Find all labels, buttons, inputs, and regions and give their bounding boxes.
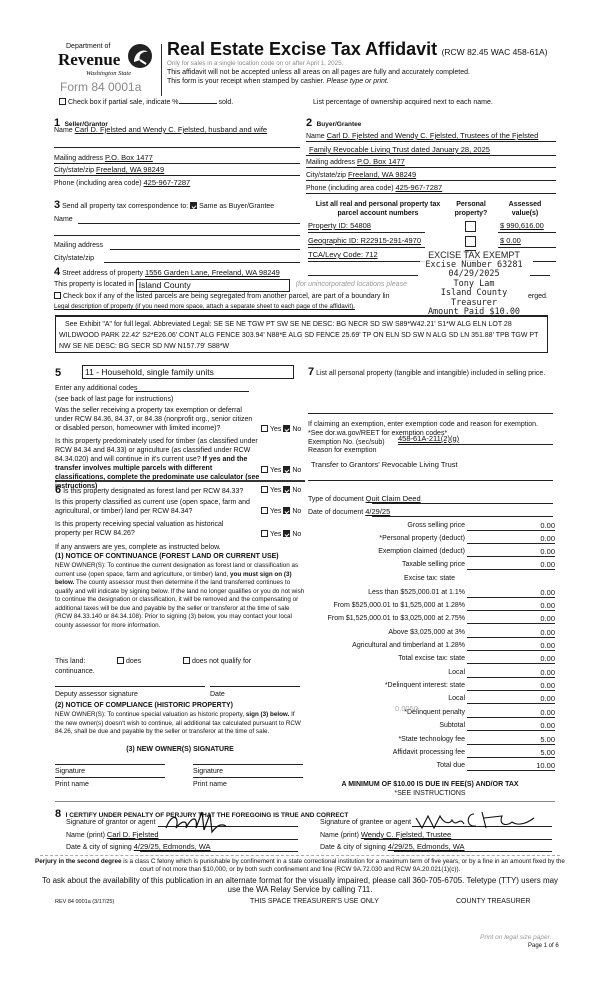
fee-value[interactable]: 5.00: [540, 735, 555, 744]
fee-label: Local: [448, 669, 465, 676]
parcel-account[interactable]: TCA/Levy Code: 712: [308, 250, 378, 259]
no-label: No: [292, 487, 301, 494]
fee-value[interactable]: 0.00: [540, 708, 555, 717]
local-rate: 0.0050: [395, 704, 418, 713]
q1-answer[interactable]: Yes No: [261, 425, 301, 434]
print-note: Print on legal size paper.: [480, 934, 551, 941]
ownership-note: List percentage of ownership acquired ne…: [313, 98, 493, 107]
assessor-date-label: Date: [210, 690, 225, 699]
buyer-phone-label: Phone (including area code): [306, 185, 394, 192]
no-label: No: [292, 467, 301, 474]
fee-value[interactable]: 0.00: [540, 681, 555, 690]
does-option[interactable]: does: [117, 657, 141, 666]
fee-line: [467, 637, 555, 638]
personal-property-label: List all personal property (tangible and…: [316, 370, 545, 377]
no-checkbox[interactable]: [283, 425, 290, 432]
section-number: 8: [55, 808, 61, 820]
fee-row: Gross selling price0.00: [305, 520, 555, 532]
alt-format-notice: To ask about the availability of this pu…: [40, 876, 560, 894]
legal-description: See Exhibit "A" for full legal. Abbrevia…: [59, 319, 544, 352]
header-divider: [161, 44, 162, 96]
segregated-checkbox[interactable]: [54, 292, 61, 299]
seller-name-field[interactable]: Name Carl D. Fjelsted and Wendy C. Fjels…: [54, 125, 300, 135]
yes-label: Yes: [270, 487, 281, 494]
buyer-address-value: P.O. Box 1477: [357, 157, 405, 166]
fee-value[interactable]: 0.00: [540, 641, 555, 650]
fee-row: Local0.00: [305, 693, 555, 705]
fee-row: *Delinquent penalty0.00: [305, 707, 555, 719]
question-text: Is this property designated as forest la…: [63, 488, 243, 495]
dept-line2: Revenue: [58, 50, 120, 70]
does-checkbox[interactable]: [117, 657, 124, 664]
fee-row: Excise tax: state: [305, 573, 555, 585]
forest-q1-answer[interactable]: Yes No: [261, 486, 301, 495]
fee-line: [467, 757, 555, 758]
fee-line: [467, 703, 555, 704]
seller-address-label: Mailing address: [54, 155, 103, 162]
assessed-value[interactable]: $ 990,616.00: [500, 221, 544, 230]
fee-line: [467, 569, 555, 570]
section-number: 6: [55, 484, 61, 496]
section-number: 7: [308, 366, 314, 378]
legal-label: Legal description of property (if you ne…: [54, 303, 355, 311]
seller-phone-label: Phone (including area code): [54, 180, 142, 187]
additional-codes-note: (see back of last page for instructions): [55, 395, 173, 404]
fee-line: [467, 717, 555, 718]
no-label: No: [292, 531, 301, 538]
seller-name-label: Name: [54, 127, 73, 134]
fee-line: [467, 543, 555, 544]
forest-q1: 6 Is this property designated as forest …: [55, 486, 255, 496]
fee-line: [467, 663, 555, 664]
reason-label: Reason for exemption: [308, 446, 376, 455]
fee-row: Subtotal0.00: [305, 720, 555, 732]
fee-label: From $525,000.01 to $1,525,000 at 1.28%: [333, 602, 465, 609]
section-number: 2: [306, 117, 312, 129]
seller-address-field[interactable]: Mailing address P.O. Box 1477: [54, 153, 300, 163]
parcel-account[interactable]: Geographic ID: R22915-291-4970: [308, 236, 421, 245]
fee-row: Total excise tax: state0.00: [305, 653, 555, 665]
seller-name-value: Carl D. Fjelsted and Wendy C. Fjelsted, …: [75, 125, 267, 134]
county-select[interactable]: Island County: [136, 279, 290, 292]
fee-line: [467, 556, 555, 557]
buyer-city-value: Freeland, WA 98249: [348, 170, 416, 179]
yes-checkbox[interactable]: [261, 530, 268, 537]
notice2-italic: Please type or print.: [327, 78, 389, 85]
fee-row: Affidavit processing fee5.00: [305, 747, 555, 759]
grantor-name-value: Carl D. Fjelsted: [107, 830, 159, 839]
seller-city-field[interactable]: City/state/zip Freeland, WA 98249: [54, 165, 300, 175]
section-number: 4: [54, 266, 60, 278]
buyer-section: 2 Buyer/Grantee: [306, 113, 361, 131]
personal-property-checkbox[interactable]: [465, 236, 476, 247]
fee-line: [467, 730, 555, 731]
fee-label: Affidavit processing fee: [393, 749, 465, 756]
fee-line: [467, 770, 555, 771]
grantee-date-value: 4/29/25, Edmonds, WA: [388, 842, 465, 851]
segregated-suffix: erged.: [528, 292, 548, 301]
street-value: 1556 Garden Lane, Freeland, WA 98249: [145, 268, 280, 277]
fee-row: Total due10.00: [305, 760, 555, 772]
buyer-city-label: City/state/zip: [306, 172, 346, 179]
located-in-row: This property is located in Island Count…: [54, 279, 407, 292]
legal-description-box[interactable]: See Exhibit "A" for full legal. Abbrevia…: [55, 315, 548, 353]
additional-codes-label: Enter any additional codes: [55, 385, 138, 392]
buyer-heading: Buyer/Grantee: [317, 121, 362, 128]
buyer-city-field[interactable]: City/state/zip Freeland, WA 98249: [306, 170, 556, 180]
fee-row: Agricultural and timberland at 1.28%0.00: [305, 640, 555, 652]
forest-q3: Is this property receiving special valua…: [55, 520, 230, 538]
dept-line1: Department of: [66, 43, 110, 50]
street-address-field[interactable]: 4 Street address of property 1556 Garden…: [54, 268, 300, 278]
fee-value[interactable]: 0.00: [540, 654, 555, 663]
assessor-signature-label: Deputy assessor signature: [55, 690, 138, 699]
fee-label: *State technology fee: [398, 736, 465, 743]
fee-value[interactable]: 0.00: [540, 534, 555, 543]
grantee-name-value: Wendy C. Fjelsted, Trustee: [361, 830, 451, 839]
q2-answer[interactable]: Yes No: [261, 466, 301, 475]
title-text: Real Estate Excise Tax Affidavit: [167, 39, 437, 59]
fee-label: Gross selling price: [407, 522, 465, 529]
corr-address-field[interactable]: Mailing address: [54, 241, 103, 250]
this-land-label: This land:: [55, 658, 85, 665]
owner-print-name-label: Print name: [193, 780, 227, 789]
seller-phone-value: 425-967-7287: [144, 178, 191, 187]
notice1-title: (1) NOTICE OF CONTINUANCE (FOREST LAND O…: [55, 553, 279, 560]
exemption-no-value[interactable]: 458-61A-211(2)(g): [398, 434, 459, 443]
notice-text: The county assessor must then determine …: [55, 579, 304, 629]
fee-label: Taxable selling price: [402, 561, 465, 568]
fee-row: Local0.00: [305, 667, 555, 679]
fee-line: [467, 690, 555, 691]
located-label: This property is located in: [54, 281, 134, 288]
no-checkbox[interactable]: [283, 530, 290, 537]
fee-label: *Delinquent interest: state: [385, 682, 465, 689]
additional-codes-row[interactable]: Enter any additional codes: [55, 384, 138, 393]
form-number: Form 84 0001a: [60, 80, 141, 94]
fee-line: [467, 623, 555, 624]
yes-label: Yes: [270, 467, 281, 474]
see-instructions: *SEE INSTRUCTIONS: [305, 790, 555, 797]
grantee-name-label: Name (print): [320, 832, 359, 839]
no-label: No: [292, 508, 301, 515]
stamp-line: Island County Treasurer: [420, 289, 528, 308]
forest-instructions: If any answers are yes, complete as inst…: [55, 543, 221, 552]
doc-type-label: Type of document: [308, 496, 364, 503]
fee-row: Above $3,025,000 at 3%0.00: [305, 627, 555, 639]
fee-line: [467, 597, 555, 598]
forest-q2: Is this property classified as current u…: [55, 498, 255, 516]
fee-label: Total excise tax: state: [398, 655, 465, 662]
fee-row: Exemption claimed (deduct)0.00: [305, 546, 555, 558]
buyer-name-line1: Carl D. Fjelsted and Wendy C. Fjelsted, …: [327, 131, 539, 140]
fee-label: Subtotal: [439, 722, 465, 729]
question-text: Was the seller receiving a property tax …: [55, 407, 252, 432]
fee-row: Less than $525,000.01 at 1.1%0.00: [305, 587, 555, 599]
partial-percent-field[interactable]: [179, 103, 217, 104]
parcel-col-header-personal: Personal property?: [451, 200, 491, 218]
perjury-bold: Perjury in the second degree: [35, 858, 121, 865]
owner-signature-label: Signature: [193, 767, 223, 776]
seller-phone-field[interactable]: Phone (including area code) 425-967-7287: [54, 178, 300, 188]
owner-print-name-label: Print name: [55, 780, 89, 789]
correspondence-section: 3 Send all property tax correspondence t…: [54, 201, 304, 211]
fee-value[interactable]: 0.00: [540, 588, 555, 597]
buyer-name-label: Name: [306, 133, 325, 140]
does-label: does: [126, 658, 141, 665]
fee-row: *Delinquent interest: state0.00: [305, 680, 555, 692]
fee-value[interactable]: 0.00: [540, 694, 555, 703]
header-notice2: This form is your receipt when stamped b…: [167, 78, 389, 85]
yes-label: Yes: [270, 508, 281, 515]
reason-value[interactable]: Transfer to Grantors' Revocable Living T…: [311, 460, 458, 469]
fee-value[interactable]: 0.00: [540, 560, 555, 569]
owner-signature-label: Signature: [55, 767, 85, 776]
fee-value[interactable]: 0.00: [540, 521, 555, 530]
treasurer-stamp: EXCISE TAX EXEMPT Excise Number 63281 04…: [420, 251, 528, 318]
does-not-option[interactable]: does not qualify for: [183, 657, 251, 666]
fee-label: Exemption claimed (deduct): [378, 548, 465, 555]
fee-line: [467, 677, 555, 678]
tax-exemption-question: Was the seller receiving a property tax …: [55, 406, 255, 433]
notice2-text: This form is your receipt when stamped b…: [167, 78, 325, 85]
section-number: 3: [54, 199, 60, 211]
fee-label: *Personal property (deduct): [379, 535, 465, 542]
grantor-date-label: Date & city of signing: [66, 844, 132, 851]
fee-label: Excise tax: state: [404, 575, 455, 582]
yes-label: Yes: [270, 426, 281, 433]
parcel-row: Property ID: 54808 $ 990,616.00: [308, 221, 558, 233]
same-as-buyer-label: Same as Buyer/Grantee: [199, 203, 274, 210]
no-label: No: [292, 426, 301, 433]
perjury-notice: Perjury in the second degree is a class …: [35, 858, 565, 874]
fee-line: [467, 610, 555, 611]
fee-label: Total due: [437, 762, 465, 769]
doc-date-label: Date of document: [308, 509, 363, 516]
this-land-row: This land: does does not qualify for: [55, 657, 305, 666]
fee-label: Above $3,025,000 at 3%: [388, 629, 465, 636]
notice1-text: NEW OWNER(S): To continue the current de…: [55, 562, 305, 630]
fee-row: Taxable selling price0.00: [305, 559, 555, 571]
forest-q3-answer[interactable]: Yes No: [261, 530, 301, 539]
buyer-address-field[interactable]: Mailing address P.O. Box 1477: [306, 157, 556, 167]
street-label: Street address of property: [62, 270, 143, 277]
grantee-signature-label: Signature of grantee or agent: [320, 818, 411, 827]
doc-type-value: Quit Claim Deed: [366, 494, 421, 503]
corr-city-field[interactable]: City/state/zip: [54, 254, 94, 263]
notice3-title: (3) NEW OWNER(S) SIGNATURE: [55, 746, 305, 753]
revenue-logo-icon: [126, 42, 154, 70]
segregated-checkbox-row[interactable]: Check box if any of the listed parcels a…: [54, 292, 389, 301]
notice2-title: (2) NOTICE OF COMPLIANCE (HISTORIC PROPE…: [55, 702, 233, 709]
fee-label: Less than $525,000.01 at 1.1%: [368, 589, 465, 596]
segregated-label: Check box if any of the listed parcels a…: [63, 293, 389, 300]
partial-sale-label: Check box if partial sale, indicate %: [68, 99, 179, 106]
seller-city-value: Freeland, WA 98249: [96, 165, 164, 174]
fee-line: [467, 650, 555, 651]
fee-line: [467, 744, 555, 745]
notice-text: NEW OWNER(S): To continue special valuat…: [55, 711, 244, 718]
personal-property-section: 7 List all personal property (tangible a…: [308, 368, 553, 378]
fee-value[interactable]: 0.00: [540, 614, 555, 623]
grantee-signature-icon[interactable]: [412, 806, 542, 832]
corr-name-field[interactable]: Name: [54, 215, 73, 224]
fee-row: *Personal property (deduct)0.00: [305, 533, 555, 545]
dept-line3: Washington State: [86, 70, 131, 77]
treasurer-use-label: THIS SPACE TREASURER'S USE ONLY: [250, 898, 379, 905]
header-subtitle: Only for sales in a single location code…: [167, 60, 343, 68]
page-title: Real Estate Excise Tax Affidavit (RCW 82…: [167, 39, 548, 60]
no-checkbox[interactable]: [283, 486, 290, 493]
land-use-row: 5: [55, 363, 61, 381]
fee-value[interactable]: 0.00: [540, 601, 555, 610]
parcel-col-header-value: Assessed value(s): [502, 200, 548, 218]
yes-checkbox[interactable]: [261, 425, 268, 432]
buyer-name-field[interactable]: Name Carl D. Fjelsted and Wendy C. Fjels…: [306, 131, 556, 141]
grantee-date-label: Date & city of signing: [320, 844, 386, 851]
grantor-signature-icon[interactable]: [162, 806, 252, 836]
buyer-phone-value: 425-967-7287: [396, 183, 443, 192]
land-use-code-select[interactable]: 11 - Household, single family units: [82, 365, 294, 379]
parcel-account[interactable]: Property ID: 54808: [308, 221, 371, 230]
fee-label: From $1,525,000.01 to $3,025,000 at 2.75…: [328, 615, 465, 622]
no-checkbox[interactable]: [283, 466, 290, 473]
page-number: Page 1 of 6: [528, 943, 559, 949]
yes-checkbox[interactable]: [261, 507, 268, 514]
minimum-due-notice: A MINIMUM OF $10.00 IS DUE IN FEE(S) AND…: [305, 781, 555, 788]
parcel-col-header-account: List all real and personal property tax …: [312, 200, 444, 218]
partial-sale-checkbox[interactable]: [59, 98, 66, 105]
doc-date-value: 4/29/25: [365, 507, 390, 516]
unincorporated-note: (for unincorporated locations please: [296, 281, 407, 288]
title-statute: (RCW 82.45 WAC 458-61A): [442, 47, 548, 57]
buyer-name-line2: Family Revocable Living Trust dated Janu…: [309, 145, 490, 154]
fee-value[interactable]: 0.00: [540, 668, 555, 677]
fee-value[interactable]: 5.00: [540, 748, 555, 757]
no-checkbox[interactable]: [283, 507, 290, 514]
seller-city-label: City/state/zip: [54, 167, 94, 174]
section-number: 5: [55, 367, 61, 379]
buyer-phone-field[interactable]: Phone (including area code) 425-967-7287: [306, 183, 556, 193]
fee-label: Agricultural and timberland at 1.28%: [352, 642, 465, 649]
header-notice1: This affidavit will not be accepted unle…: [167, 69, 470, 76]
fee-value[interactable]: 0.00: [540, 628, 555, 637]
county-treasurer-label: COUNTY TREASURER: [456, 898, 530, 905]
yes-checkbox[interactable]: [261, 486, 268, 493]
assessed-value[interactable]: $ 0.00: [500, 236, 521, 245]
dor-logo: Department of Revenue Washington State F…: [58, 40, 156, 98]
timber-question: Is this property predominately used for …: [55, 437, 263, 491]
fee-line: [467, 530, 555, 531]
yes-label: Yes: [270, 531, 281, 538]
buyer-address-label: Mailing address: [306, 159, 355, 166]
personal-property-checkbox[interactable]: [465, 221, 476, 232]
same-as-buyer-checkbox[interactable]: [190, 202, 197, 209]
parcel-row: Geographic ID: R22915-291-4970 $ 0.00: [308, 236, 558, 248]
forest-q2-answer[interactable]: Yes No: [261, 507, 301, 516]
fee-row: *State technology fee5.00: [305, 734, 555, 746]
yes-checkbox[interactable]: [261, 466, 268, 473]
partial-sale-checkbox-row[interactable]: Check box if partial sale, indicate % so…: [59, 98, 233, 107]
grantor-name-label: Name (print): [66, 832, 105, 839]
continuance-label: continuance.: [55, 667, 95, 676]
seller-address-value: P.O. Box 1477: [105, 153, 153, 162]
notice2-text: NEW OWNER(S): To continue special valuat…: [55, 711, 305, 737]
perjury-text: is a class C felony which is punishable …: [123, 858, 565, 873]
grantor-signature-label: Signature of grantor or agent: [66, 818, 156, 827]
fee-row: From $525,000.01 to $1,525,000 at 1.28%0…: [305, 600, 555, 612]
correspondence-label: Send all property tax correspondence to:: [62, 203, 188, 210]
fee-label: Local: [448, 695, 465, 702]
fee-value[interactable]: 0.00: [540, 721, 555, 730]
partial-sale-suffix: sold.: [218, 99, 233, 106]
does-not-checkbox[interactable]: [183, 657, 190, 664]
does-not-label: does not qualify for: [192, 658, 251, 665]
fee-row: From $1,525,000.01 to $3,025,000 at 2.75…: [305, 613, 555, 625]
fee-value[interactable]: 10.00: [536, 761, 555, 770]
form-revision: REV 84 0001a (3/17/25): [55, 899, 114, 905]
fee-value[interactable]: 0.00: [540, 547, 555, 556]
notice-bold: sign (3) below.: [246, 711, 290, 718]
grantor-date-value: 4/29/25, Edmonds, WA: [134, 842, 211, 851]
